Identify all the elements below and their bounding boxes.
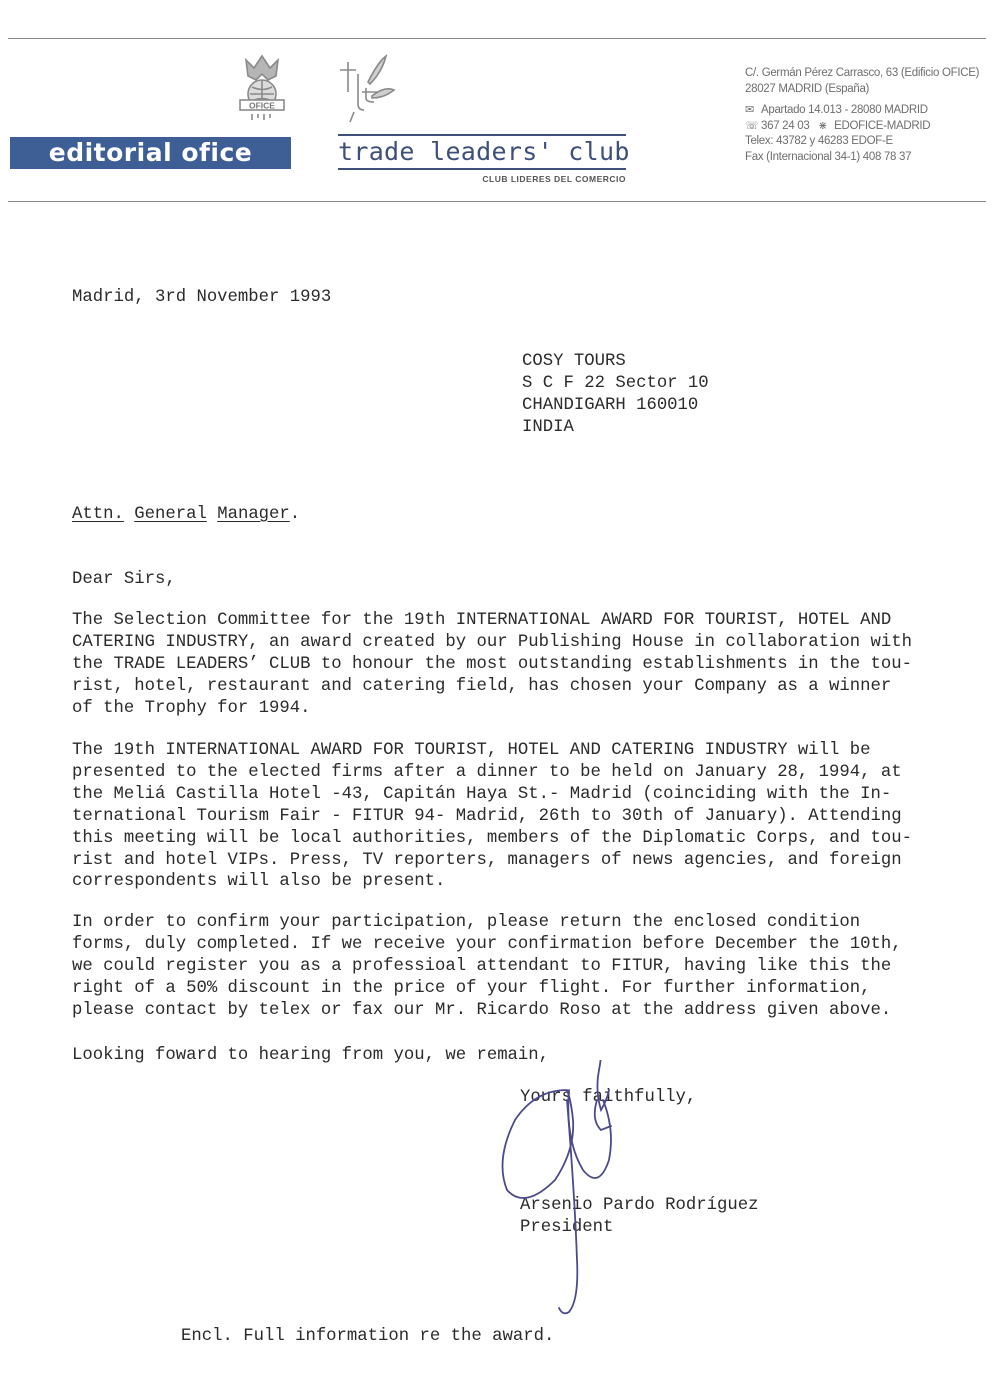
trade-leaders-club-title: trade leaders' club bbox=[338, 136, 626, 168]
signatory-name: Arsenio Pardo Rodríguez bbox=[520, 1195, 759, 1217]
telex-line: Telex: 43782 y 46283 EDOF-E bbox=[745, 134, 979, 150]
phone-number: 367 24 03 bbox=[761, 120, 809, 132]
svg-text:OFICE: OFICE bbox=[249, 101, 275, 111]
letter-date: Madrid, 3rd November 1993 bbox=[72, 287, 331, 309]
telegraph-icon: ⋇ bbox=[818, 119, 834, 135]
enclosure-note: Encl. Full information re the award. bbox=[181, 1326, 554, 1348]
recipient-line-1: COSY TOURS bbox=[522, 351, 626, 373]
paragraph-confirmation: In order to confirm your participation, … bbox=[72, 912, 960, 1022]
paragraph-award-announcement: The Selection Committee for the 19th INT… bbox=[72, 610, 960, 720]
trade-leaders-club-logo: trade leaders' club CLUB LIDERES DEL COM… bbox=[338, 134, 626, 184]
paragraph-ceremony-details: The 19th INTERNATIONAL AWARD FOR TOURIST… bbox=[72, 740, 960, 893]
header-top-rule bbox=[8, 38, 986, 39]
fax-line: Fax (Internacional 34-1) 408 78 37 bbox=[745, 150, 979, 166]
recipient-line-4: INDIA bbox=[522, 417, 574, 439]
header-bottom-rule bbox=[8, 201, 986, 202]
telephone-icon: ☏ bbox=[745, 119, 761, 135]
trade-leaders-club-subtitle: CLUB LIDERES DEL COMERCIO bbox=[338, 174, 626, 184]
tlc-leaf-emblem-icon bbox=[334, 52, 396, 124]
po-box-line: ✉Apartado 14.013 - 28080 MADRID bbox=[745, 103, 979, 119]
cable-address: EDOFICE-MADRID bbox=[834, 120, 930, 132]
envelope-icon: ✉ bbox=[745, 103, 761, 119]
address-line-1: C/. Germán Pérez Carrasco, 63 (Edificio … bbox=[745, 66, 979, 82]
phone-line: ☏367 24 03 ⋇EDOFICE-MADRID bbox=[745, 119, 979, 135]
address-line-2: 28027 MADRID (España) bbox=[745, 82, 979, 98]
signatory-title: President bbox=[520, 1217, 613, 1239]
valediction: Yours faithfully, bbox=[520, 1087, 696, 1109]
salutation: Dear Sirs, bbox=[72, 569, 176, 591]
recipient-line-2: S C F 22 Sector 10 bbox=[522, 373, 709, 395]
editorial-ofice-logo: editorial ofice bbox=[10, 137, 291, 169]
recipient-line-3: CHANDIGARH 160010 bbox=[522, 395, 698, 417]
attention-line: Attn. General Manager. bbox=[72, 504, 300, 526]
ofice-eagle-emblem-icon: OFICE bbox=[232, 52, 292, 124]
contact-block: C/. Germán Pérez Carrasco, 63 (Edificio … bbox=[745, 66, 979, 165]
logo-bottom-line bbox=[338, 168, 626, 170]
closing-line: Looking foward to hearing from you, we r… bbox=[72, 1045, 549, 1067]
